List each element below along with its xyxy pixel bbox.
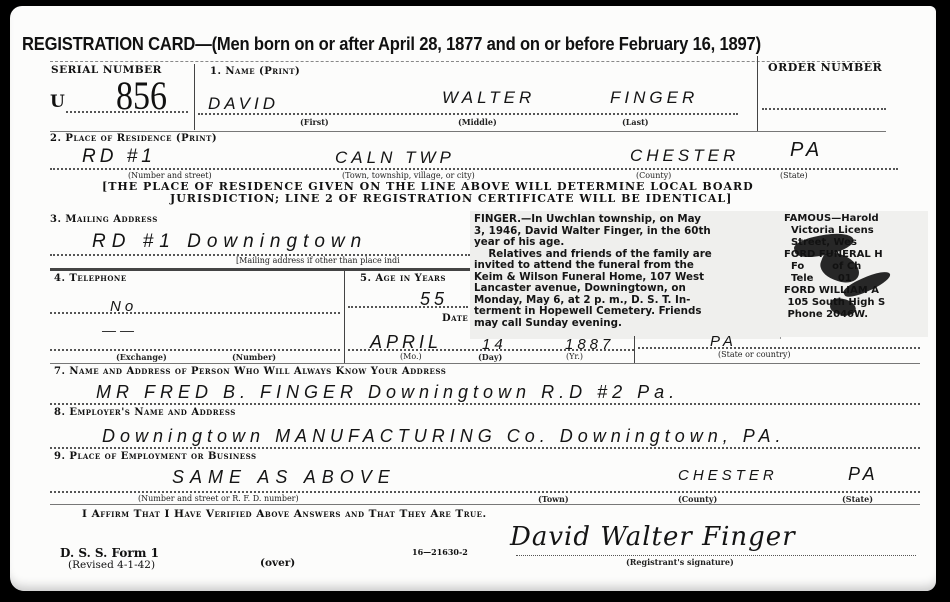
mailing-address-caption: [Mailing address if other than place ind… <box>236 256 400 265</box>
title-rule <box>50 61 880 62</box>
registrant-signature: David Walter Finger <box>510 522 796 552</box>
obit-line: Lancaster avenue, Downingtown, on <box>474 283 776 295</box>
order-divider <box>757 56 758 132</box>
ad-line: FAMOUS—Harold <box>784 213 924 225</box>
residence-notice-line-2: JURISDICTION; LINE 2 OF REGISTRATION CER… <box>170 192 732 205</box>
mailing-address-label: 3. Mailing Address <box>50 214 158 225</box>
obituary-clipping: FINGER.—In Uwchlan township, on May 3, 1… <box>470 211 781 339</box>
employer-label: 8. Employer's Name and Address <box>54 407 236 418</box>
obit-line: may call Sunday evening. <box>474 318 776 330</box>
birth-month-caption: (Mo.) <box>400 352 422 361</box>
form-print-code: 16—21630-2 <box>412 547 468 557</box>
age-dotted-line <box>348 306 468 308</box>
serial-divider <box>194 64 195 130</box>
residence-street-caption: (Number and street) <box>128 171 212 180</box>
obit-line: year of his age. <box>474 237 776 249</box>
residence-dotted-line <box>50 168 898 170</box>
residence-county-caption: (County) <box>636 171 671 180</box>
birth-place-dotted-line <box>638 347 920 349</box>
telephone-number-caption: (Number) <box>232 352 276 362</box>
form-name: D. S. S. Form 1 <box>60 546 159 560</box>
name-last: FINGER <box>610 88 698 108</box>
telephone-exchange-caption: (Exchange) <box>116 352 167 362</box>
name-middle: WALTER <box>442 88 535 108</box>
form-over: (over) <box>260 557 295 569</box>
obit-line: invited to attend the funeral from the <box>474 260 776 272</box>
name-first: DAVID <box>208 94 279 114</box>
employment-town-caption: (Town) <box>538 494 569 504</box>
obit-line: terment in Hopewell Cemetery. Friends <box>474 306 776 318</box>
place-of-employment-county: CHESTER <box>678 467 778 484</box>
serial-prefix: U <box>50 92 65 112</box>
birth-year-caption: (Yr.) <box>566 352 583 361</box>
birth-place-divider <box>634 336 635 363</box>
section-rule-2 <box>50 268 470 271</box>
residence-county: CHESTER <box>630 146 739 166</box>
employment-street-caption: (Number and street or R. F. D. number) <box>138 494 299 503</box>
person-who-knows-value: MR FRED B. FINGER Downingtown R.D #2 Pa. <box>96 382 679 403</box>
telephone-second-line: —— <box>102 322 138 338</box>
mailing-address-value: RD #1 Downingtown <box>92 231 367 253</box>
birth-date-label: Date <box>442 313 468 324</box>
section-rule-4 <box>50 504 920 505</box>
employer-dotted-line <box>50 447 920 449</box>
serial-dotted-line <box>66 111 188 113</box>
section-rule-1 <box>50 131 886 132</box>
name-label: 1. Name (Print) <box>210 66 300 77</box>
person-who-knows-label: 7. Name and Address of Person Who Will A… <box>54 366 446 377</box>
ad-line: Victoria Licens <box>784 225 924 237</box>
ad-clipping: FAMOUS—Harold Victoria Licens Street, We… <box>780 211 928 337</box>
section-rule-3 <box>50 363 920 364</box>
employment-dotted-line <box>50 491 920 493</box>
place-of-employment-street: SAME AS ABOVE <box>172 467 396 488</box>
age-label: 5. Age in Years <box>360 273 446 284</box>
telephone-dotted-line-2 <box>50 349 340 351</box>
order-number-label: ORDER NUMBER <box>768 61 882 74</box>
birth-place-caption: (State or country) <box>718 350 791 359</box>
place-of-employment-label: 9. Place of Employment or Business <box>54 451 257 462</box>
residence-town: CALN TWP <box>335 148 455 168</box>
name-first-caption: (First) <box>300 117 329 127</box>
employment-county-caption: (County) <box>678 494 717 504</box>
order-number-dotted-line <box>762 108 886 110</box>
place-of-employment-state: PA <box>848 464 879 485</box>
residence-town-caption: (Town, township, village, or city) <box>342 171 475 180</box>
form-revision: (Revised 4-1-42) <box>68 559 155 571</box>
obit-line: FINGER.—In Uwchlan township, on May <box>474 214 776 226</box>
card-title: REGISTRATION CARD—(Men born on or after … <box>22 34 761 55</box>
employer-value: Downingtown MANUFACTURING Co. Downingtow… <box>102 426 785 447</box>
residence-state-caption: (State) <box>780 171 808 180</box>
name-last-caption: (Last) <box>622 117 649 127</box>
signature-dotted-line <box>516 555 916 556</box>
residence-state: PA <box>790 139 823 162</box>
registration-card: REGISTRATION CARD—(Men born on or after … <box>10 6 936 591</box>
signature-caption: (Registrant's signature) <box>626 557 734 567</box>
birth-day-caption: (Day) <box>478 352 502 362</box>
affirmation-text: I Affirm That I Have Verified Above Answ… <box>82 508 487 520</box>
telephone-dotted-line-1 <box>50 312 340 314</box>
telephone-divider <box>344 268 345 363</box>
telephone-label: 4. Telephone <box>54 273 127 284</box>
person-dotted-line <box>50 403 920 405</box>
residence-label: 2. Place of Residence (Print) <box>50 133 217 144</box>
residence-street: RD #1 <box>82 146 156 168</box>
name-dotted-line <box>198 113 738 115</box>
name-middle-caption: (Middle) <box>458 117 497 127</box>
birth-date-dotted-line <box>348 349 634 351</box>
employment-state-caption: (State) <box>842 494 873 504</box>
